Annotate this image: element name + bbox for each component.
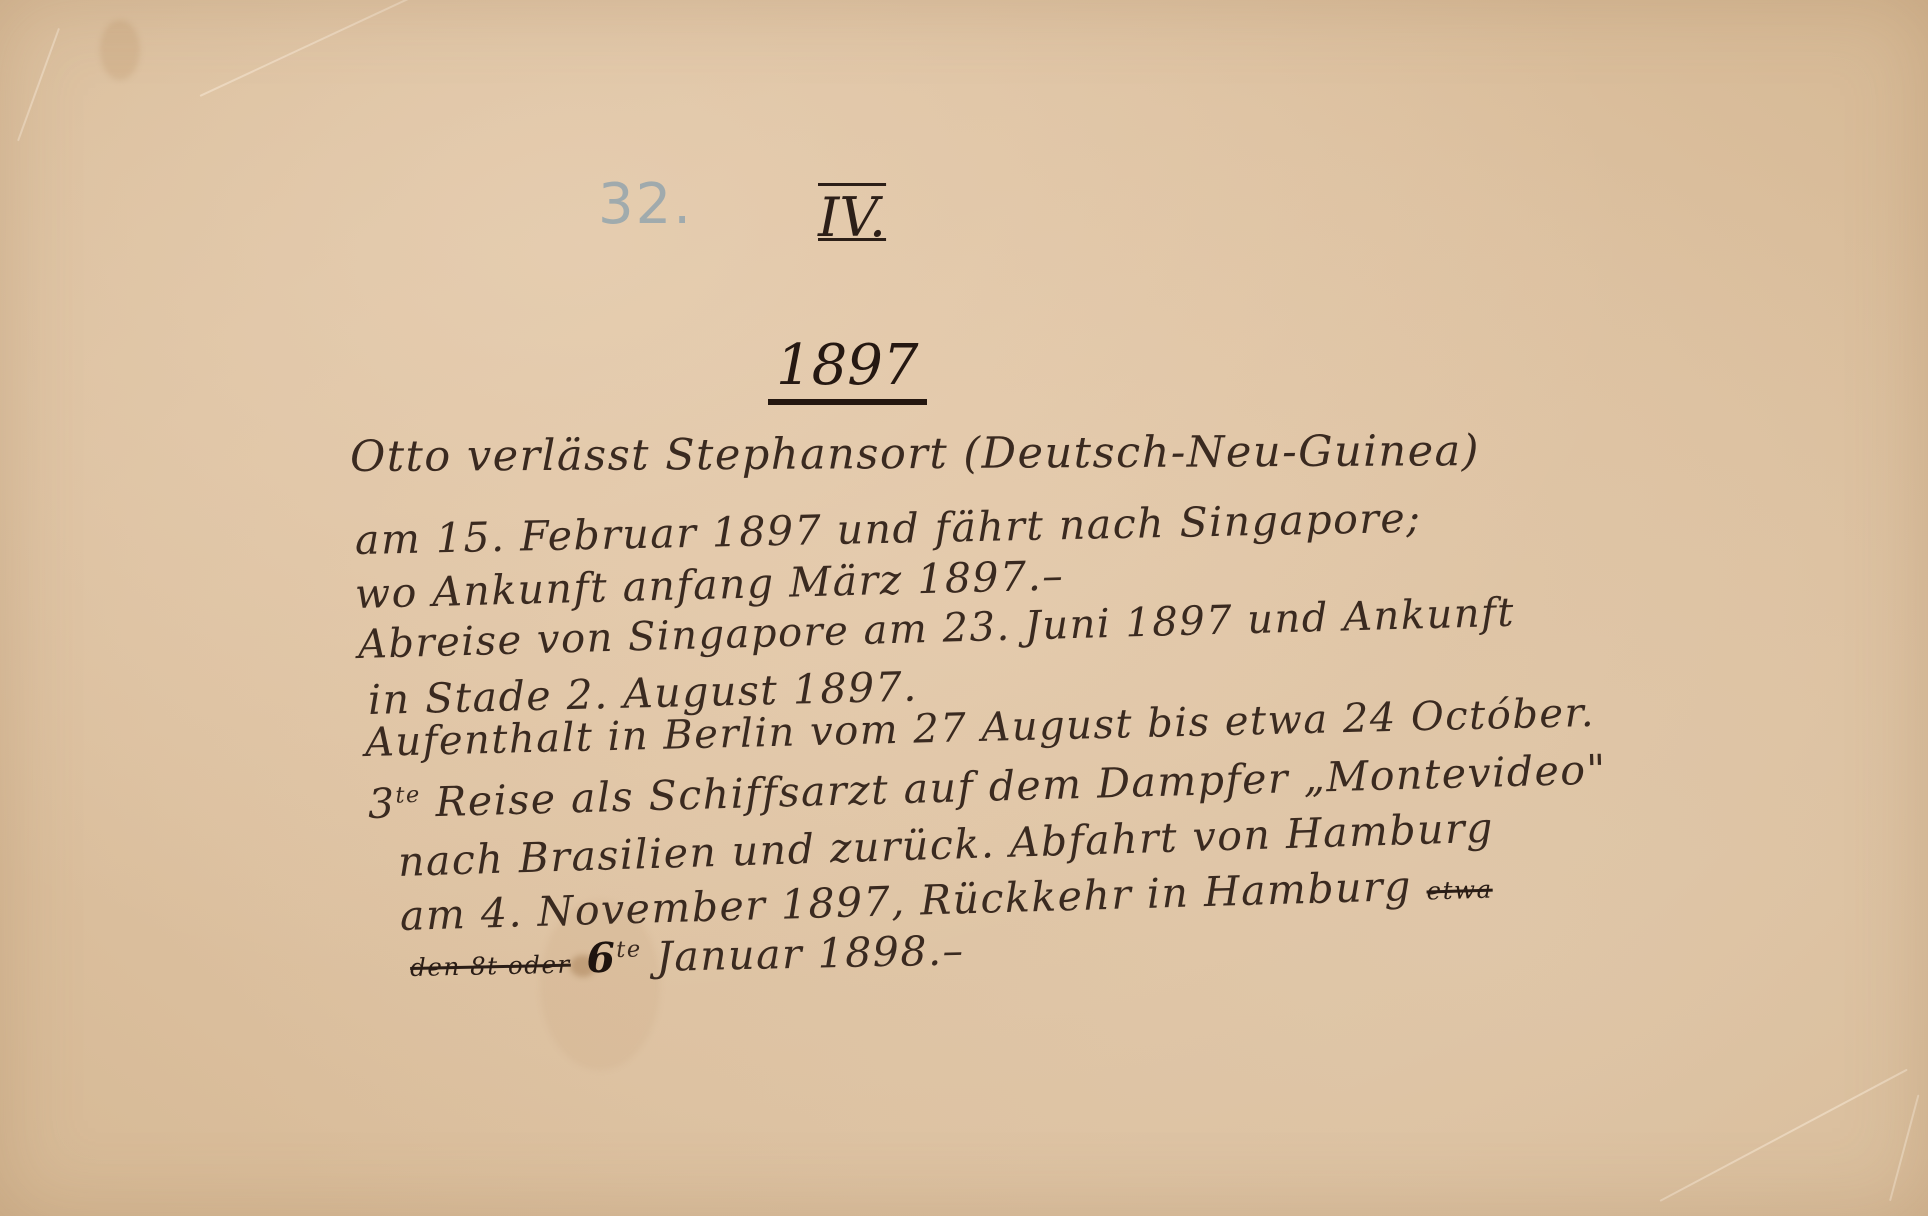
line-text: Otto verlässt Stephansort (Deutsch-Neu-G…	[350, 426, 1480, 482]
ordinal-suffix: te	[616, 936, 642, 963]
manuscript-line-1: Otto verlässt Stephansort (Deutsch-Neu-G…	[350, 426, 1480, 482]
manuscript-page: 32. IV. 1897 Otto verlässt Stephansort (…	[0, 0, 1928, 1216]
paper-stain	[100, 20, 140, 80]
chapter-numeral: IV.	[818, 186, 886, 249]
line-text: am 15. Februar 1897 und fährt nach Singa…	[354, 494, 1421, 564]
paper-crease	[1660, 1069, 1908, 1202]
paper-crease	[1889, 1094, 1919, 1201]
line-text: Januar 1898.–	[641, 926, 965, 981]
ordinal-suffix: te	[395, 782, 421, 809]
chapter-heading: IV.	[818, 186, 886, 249]
line-text: 6	[570, 934, 617, 983]
manuscript-line-2: am 15. Februar 1897 und fährt nach Singa…	[354, 494, 1421, 564]
struck-out-text: den 8t oder	[410, 950, 571, 982]
manuscript-line-10: den 8t oder 6te Januar 1898.–	[409, 926, 964, 986]
year-heading: 1897	[768, 335, 927, 405]
page-number-stamp: 32.	[598, 172, 693, 237]
ordinal-number: 3	[367, 779, 396, 828]
paper-crease	[200, 0, 436, 97]
paper-crease	[17, 28, 60, 141]
struck-out-text: etwa	[1426, 875, 1493, 906]
